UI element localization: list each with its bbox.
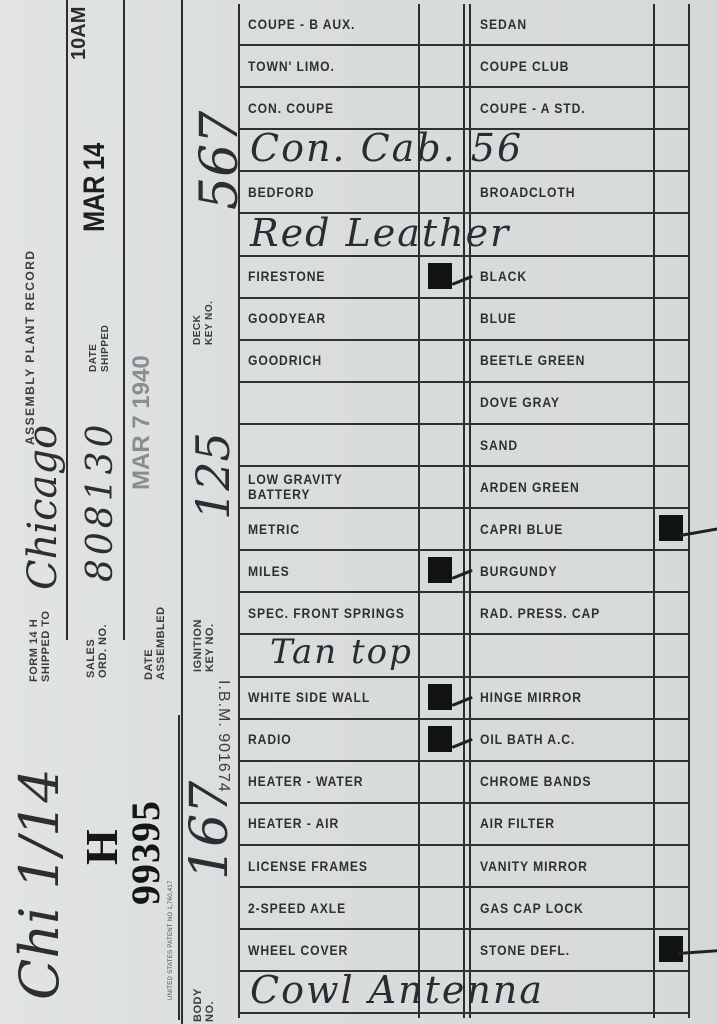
checkbox-right[interactable] [655, 551, 690, 591]
checkbox-right[interactable] [655, 509, 690, 549]
divider [66, 0, 68, 640]
label-line: ORD. NO. [97, 624, 109, 678]
option-label-right: RAD. PRESS. CAP [480, 593, 638, 633]
option-label-right: CHROME BANDS [480, 762, 638, 802]
checkbox-left[interactable] [420, 341, 463, 381]
option-label-left: WHITE SIDE WALL [248, 678, 406, 718]
option-label-left: BEDFORD [248, 172, 406, 212]
option-label-right: BLACK [480, 257, 638, 297]
checkbox-right[interactable] [655, 4, 690, 44]
option-label-right: SEDAN [480, 4, 638, 44]
checkbox-left[interactable] [420, 930, 463, 970]
checkbox-left[interactable] [420, 846, 463, 886]
filled-mark-icon [659, 936, 683, 962]
table-row: Red Leather [240, 215, 690, 257]
table-row: RADIOOIL BATH A.C. [240, 720, 690, 762]
patent-text: UNITED STATES PATENT NO 1,760,417 [168, 880, 174, 1000]
date-assembled-label: DATE ASSEMBLED [143, 606, 167, 680]
option-label-left: GOODRICH [248, 341, 406, 381]
table-row: LOW GRAVITY BATTERYARDEN GREEN [240, 467, 690, 509]
table-row: Con. Cab. 56 [240, 130, 690, 172]
checkbox-right[interactable] [655, 341, 690, 381]
form-id: FORM 14 H [28, 611, 40, 682]
option-label-left [248, 425, 406, 465]
table-row: GOODRICHBEETLE GREEN [240, 341, 690, 383]
checkbox-left[interactable] [420, 4, 463, 44]
table-row: GOODYEARBLUE [240, 299, 690, 341]
checkbox-left[interactable] [420, 720, 463, 760]
label-line: SHIPPED [100, 325, 112, 372]
filled-mark-icon [428, 684, 452, 710]
checkbox-left[interactable] [420, 299, 463, 339]
label-line: KEY NO. [204, 619, 216, 672]
option-label-left: WHEEL COVER [248, 930, 406, 970]
option-label-left: COUPE - B AUX. [248, 4, 406, 44]
option-label-right: COUPE CLUB [480, 46, 638, 86]
checkbox-left[interactable] [420, 762, 463, 802]
checkbox-left[interactable] [420, 88, 463, 128]
option-label-left: 2-SPEED AXLE [248, 888, 406, 928]
checkbox-left[interactable] [420, 172, 463, 212]
ibm-number: I.B.M. 901674 [214, 680, 232, 793]
checkbox-left[interactable] [420, 509, 463, 549]
option-label-right: BROADCLOTH [480, 172, 638, 212]
option-label-right: SAND [480, 425, 638, 465]
checkbox-right[interactable] [655, 846, 690, 886]
option-label-right: CAPRI BLUE [480, 509, 638, 549]
filled-mark-icon [659, 515, 683, 541]
ignition-key-no-value: 167 [180, 781, 240, 880]
options-table: COUPE - B AUX.SEDANTOWN' LIMO.COUPE CLUB… [238, 4, 690, 1018]
table-row: HEATER - WATERCHROME BANDS [240, 762, 690, 804]
table-row: DOVE GRAY [240, 383, 690, 425]
serial-number: 99395 [122, 800, 169, 905]
checkbox-right[interactable] [655, 678, 690, 718]
table-row: Tan top [240, 636, 690, 678]
option-label-left: GOODYEAR [248, 299, 406, 339]
sales-ord-no-label: SALES ORD. NO. [85, 624, 109, 678]
table-row: WHITE SIDE WALLHINGE MIRROR [240, 678, 690, 720]
label-line: DECK [192, 301, 204, 345]
option-label-left: LICENSE FRAMES [248, 846, 406, 886]
table-row: FIRESTONEBLACK [240, 257, 690, 299]
checkbox-right[interactable] [655, 299, 690, 339]
checkbox-left[interactable] [420, 425, 463, 465]
ignition-key-no-label: IGNITION KEY NO. [192, 619, 216, 672]
checkbox-right[interactable] [655, 172, 690, 212]
label-line: IGNITION [192, 619, 204, 672]
option-label-left [248, 383, 406, 423]
filled-mark-icon [428, 557, 452, 583]
checkbox-left[interactable] [420, 888, 463, 928]
handwritten-note: Con. Cab. 56 [250, 126, 523, 170]
option-label-right: BURGUNDY [480, 551, 638, 591]
table-row: TOWN' LIMO.COUPE CLUB [240, 46, 690, 88]
table-row: SPEC. FRONT SPRINGSRAD. PRESS. CAP [240, 593, 690, 635]
body-no-value: Chi 1/14 [8, 768, 71, 1000]
label-line: BODY [192, 988, 204, 1022]
deck-key-no-label: DECK KEY NO. [192, 301, 216, 345]
option-label-left: HEATER - AIR [248, 804, 406, 844]
checkbox-left[interactable] [420, 383, 463, 423]
table-row: HEATER - AIRAIR FILTER [240, 804, 690, 846]
table-row: 2-SPEED AXLEGAS CAP LOCK [240, 888, 690, 930]
label-line: NO. [204, 988, 216, 1022]
checkbox-right[interactable] [655, 930, 690, 970]
table-row: CON. COUPECOUPE - A STD. [240, 88, 690, 130]
option-label-right: AIR FILTER [480, 804, 638, 844]
option-label-right: ARDEN GREEN [480, 467, 638, 507]
form-id-label: FORM 14 H SHIPPED TO [28, 611, 52, 682]
table-row: LICENSE FRAMESVANITY MIRROR [240, 846, 690, 888]
option-label-right: BEETLE GREEN [480, 341, 638, 381]
handwritten-note: Red Leather [250, 211, 510, 255]
label-line: DATE [143, 606, 155, 680]
option-label-left: CON. COUPE [248, 88, 406, 128]
checkbox-right[interactable] [655, 593, 690, 633]
table-row: Cowl Antenna [240, 972, 690, 1014]
option-label-right: GAS CAP LOCK [480, 888, 638, 928]
option-label-right: OIL BATH A.C. [480, 720, 638, 760]
checkbox-right[interactable] [655, 804, 690, 844]
checkbox-left[interactable] [420, 678, 463, 718]
option-label-left: SPEC. FRONT SPRINGS [248, 593, 406, 633]
assembly-plant-record-card: ASSEMBLY PLANT RECORD FORM 14 H SHIPPED … [0, 0, 717, 1024]
shipped-to-label: SHIPPED TO [40, 611, 52, 682]
checkbox-right[interactable] [655, 46, 690, 86]
filled-mark-icon [428, 263, 452, 289]
pen-stroke [451, 695, 473, 706]
shipped-to-value: Chicago [20, 425, 66, 590]
table-row: BEDFORDBROADCLOTH [240, 172, 690, 214]
pen-stroke [451, 569, 473, 580]
checkbox-right[interactable] [655, 383, 690, 423]
checkbox-left[interactable] [420, 257, 463, 297]
table-row: COUPE - B AUX.SEDAN [240, 4, 690, 46]
table-row: SAND [240, 425, 690, 467]
body-no-label: BODY NO. [192, 988, 216, 1022]
option-label-left: FIRESTONE [248, 257, 406, 297]
deck-key-no-value: 125 [186, 432, 240, 520]
stamp-letter: H [75, 829, 128, 865]
label-line: KEY NO. [204, 301, 216, 345]
checkbox-left[interactable] [420, 551, 463, 591]
date-assembled-value: MAR 7 1940 [128, 355, 156, 490]
date-shipped-time: 10AM [68, 7, 91, 60]
option-label-left: METRIC [248, 509, 406, 549]
checkbox-right[interactable] [655, 467, 690, 507]
divider [123, 0, 125, 640]
table-row: METRICCAPRI BLUE [240, 509, 690, 551]
document-title: ASSEMBLY PLANT RECORD [24, 249, 36, 445]
checkbox-right[interactable] [655, 888, 690, 928]
option-label-right: HINGE MIRROR [480, 678, 638, 718]
option-label-left: HEATER - WATER [248, 762, 406, 802]
pen-stroke [451, 274, 473, 285]
date-shipped-label: DATE SHIPPED [88, 325, 112, 372]
pen-stroke [451, 738, 473, 749]
checkbox-right[interactable] [655, 257, 690, 297]
checkbox-right[interactable] [655, 720, 690, 760]
date-shipped-stamp: MAR 14 1940 MAR 14 [78, 144, 112, 232]
option-label-left: MILES [248, 551, 406, 591]
checkbox-right[interactable] [655, 88, 690, 128]
checkbox-left[interactable] [420, 804, 463, 844]
label-line: ASSEMBLED [155, 606, 167, 680]
checkbox-left[interactable] [420, 46, 463, 86]
label-line: DATE [88, 325, 100, 372]
checkbox-left[interactable] [420, 593, 463, 633]
handwritten-note: Cowl Antenna [250, 968, 544, 1012]
sales-ord-no-value: 808130 [80, 421, 121, 582]
filled-mark-icon [428, 726, 452, 752]
option-label-right: COUPE - A STD. [480, 88, 638, 128]
checkbox-left[interactable] [420, 467, 463, 507]
option-label-right: VANITY MIRROR [480, 846, 638, 886]
checkbox-right[interactable] [655, 762, 690, 802]
option-label-right: DOVE GRAY [480, 383, 638, 423]
serial-number-value: 99395 [123, 800, 168, 905]
option-label-right: STONE DEFL. [480, 930, 638, 970]
table-row: MILESBURGUNDY [240, 551, 690, 593]
option-label-left: LOW GRAVITY BATTERY [248, 467, 406, 507]
label-line: SALES [85, 624, 97, 678]
checkbox-right[interactable] [655, 425, 690, 465]
table-row: WHEEL COVERSTONE DEFL. [240, 930, 690, 972]
handwritten-note: Tan top [270, 632, 413, 672]
option-label-right: BLUE [480, 299, 638, 339]
option-label-left: TOWN' LIMO. [248, 46, 406, 86]
option-label-left: RADIO [248, 720, 406, 760]
